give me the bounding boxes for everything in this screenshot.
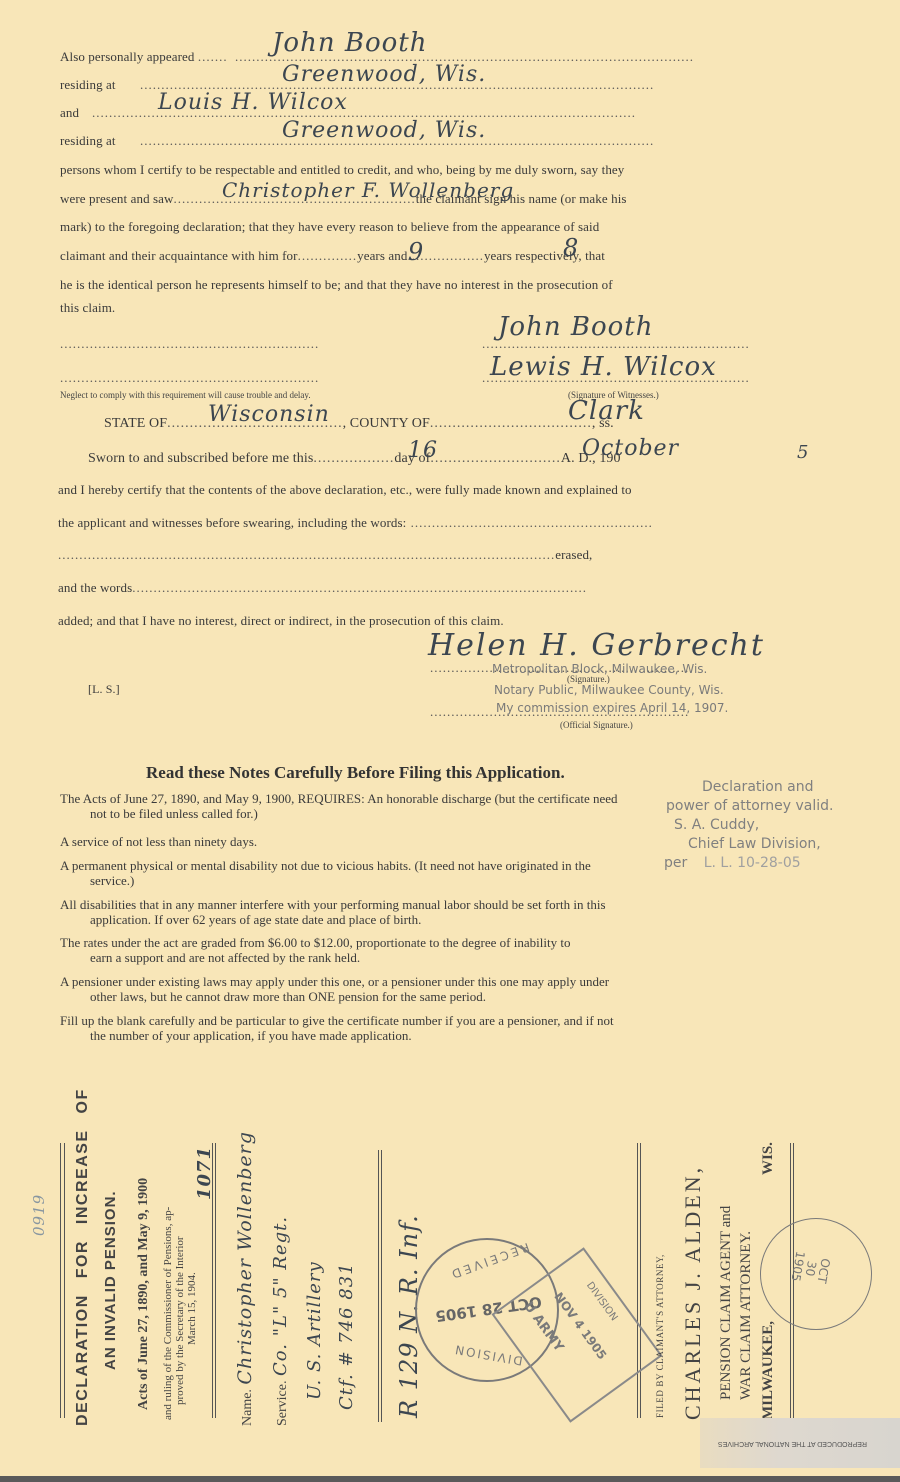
note-cont: earn a support and are not affected by t…: [60, 950, 802, 965]
note-item: All disabilities that in any manner inte…: [60, 897, 802, 927]
stamp-per: per: [664, 855, 687, 871]
residing-line-1: residing at: [60, 77, 116, 93]
mark-line: mark) to the foregoing declaration; that…: [60, 219, 599, 235]
archive-note: REPRODUCED AT THE NATIONAL ARCHIVES: [718, 1440, 867, 1447]
county-value[interactable]: Clark: [568, 396, 645, 426]
county-label: , COUNTY OF: [343, 416, 430, 431]
residing-label: residing at: [60, 77, 116, 92]
acquaintance-line: claimant and their acquaintance with him…: [60, 248, 605, 264]
panel-rule-right-1: [637, 1143, 638, 1418]
state-value[interactable]: Wisconsin: [208, 402, 330, 427]
note-item: Fill up the blank carefully and be parti…: [60, 1013, 802, 1043]
month-value[interactable]: October: [582, 436, 679, 461]
panel-title-1: DECLARATION FOR INCREASE OF: [74, 1088, 92, 1426]
this-claim-line: this claim.: [60, 300, 115, 316]
appeared-label: Also personally appeared: [60, 49, 195, 64]
service-line[interactable]: Service. Co. "L" 5" Regt.: [270, 1216, 291, 1426]
blank-sig-line-2[interactable]: ........................................…: [60, 370, 319, 386]
attorney-state: WIS.: [760, 1142, 777, 1175]
residing-label: residing at: [60, 133, 116, 148]
name-line[interactable]: Name. Christopher Wollenberg: [234, 1131, 256, 1426]
notes-title: Read these Notes Carefully Before Filing…: [146, 763, 565, 783]
official-signature-caption: (Official Signature.): [560, 720, 633, 730]
name-label: Name: [240, 1393, 255, 1426]
certify-line-2: the applicant and witnesses before swear…: [58, 515, 653, 531]
years-and-label: years and: [357, 248, 407, 263]
notary-stamp-line3: My commission expires April 14, 1907.: [496, 701, 728, 715]
erased-line[interactable]: ........................................…: [58, 547, 592, 563]
rect-stamp-line3: DIVISION: [584, 1280, 619, 1323]
postmark: OCT 30 1905: [760, 1218, 872, 1330]
note-cont: application. If over 62 years of age sta…: [60, 912, 802, 927]
stamp-initials: L. L. 10-28-05: [692, 855, 801, 871]
note-text: Fill up the blank carefully and be parti…: [60, 1013, 614, 1028]
witness1-signature: John Booth: [498, 312, 653, 342]
note-text: A pensioner under existing laws may appl…: [60, 974, 609, 989]
panel-rule-left-2: [64, 1143, 65, 1418]
note-cont: other laws, but he cannot draw more than…: [60, 989, 802, 1004]
day-value[interactable]: 16: [408, 438, 438, 463]
present-saw-label: were present and saw: [60, 191, 174, 206]
witness1-name[interactable]: John Booth: [272, 28, 427, 58]
added-line: added; and that I have no interest, dire…: [58, 613, 504, 629]
sworn-label: Sworn to and subscribed before me this: [88, 451, 313, 466]
panel-rule-left-1: [60, 1143, 61, 1418]
state-county-line: STATE OF................................…: [104, 416, 614, 432]
service-label: Service: [275, 1384, 290, 1426]
notary-stamp-line2: Notary Public, Milwaukee County, Wis.: [494, 683, 724, 697]
witness2-residence[interactable]: Greenwood, Wis.: [282, 118, 486, 143]
witness2-signature: Lewis H. Wilcox: [490, 352, 717, 382]
witness2-name[interactable]: Louis H. Wilcox: [158, 90, 348, 115]
certify-line-2-text: the applicant and witnesses before swear…: [58, 515, 406, 530]
stamp-line: power of attorney valid.: [664, 797, 834, 816]
received-stamp-bottom: DIVISION: [452, 1342, 523, 1368]
archive-band: REPRODUCED AT THE NATIONAL ARCHIVES: [700, 1418, 900, 1468]
stamp-line: Declaration and: [664, 778, 834, 797]
appeared-line: Also personally appeared .......: [60, 49, 228, 65]
stamp-line: S. A. Cuddy,: [664, 816, 834, 835]
years-resp-label: years respectively, that: [484, 248, 605, 263]
panel-rule-right-2: [640, 1143, 641, 1418]
and-line: and: [60, 105, 79, 121]
and-words-line[interactable]: and the words...........................…: [58, 580, 587, 596]
neglect-note: Neglect to comply with this requirement …: [60, 390, 311, 400]
and-words-label: and the words: [58, 580, 132, 595]
attorney-city: MILWAUKEE,: [760, 1321, 777, 1420]
postmark-text: OCT 30 1905: [788, 1250, 832, 1287]
panel-rule-mid-2: [215, 1143, 216, 1418]
file-number: 0919: [30, 1194, 48, 1236]
filed-by: FILED BY CLAIMANT'S ATTORNEY,: [655, 1254, 665, 1418]
attorney-name: CHARLES J. ALDEN,: [680, 1165, 706, 1420]
notary-signature: Helen H. Gerbrecht: [428, 628, 765, 663]
erased-label: erased,: [555, 547, 592, 562]
service-line-2[interactable]: U. S. Artillery: [304, 1261, 325, 1400]
note-item: A pensioner under existing laws may appl…: [60, 974, 802, 1004]
years1-value[interactable]: 9: [408, 238, 424, 266]
panel-title-2: AN INVALID PENSION.: [102, 1190, 119, 1370]
certify-line: persons whom I certify to be respectable…: [60, 162, 624, 178]
certify-line-1: and I hereby certify that the contents o…: [58, 482, 632, 498]
note-text: The Acts of June 27, 1890, and May 9, 19…: [60, 791, 618, 806]
witness1-residence[interactable]: Greenwood, Wis.: [282, 62, 486, 87]
name-value[interactable]: Christopher Wollenberg: [234, 1131, 256, 1385]
panel-ruling-1: and ruling of the Commissioner of Pensio…: [162, 1207, 174, 1420]
bottom-edge: [0, 1476, 900, 1482]
received-stamp-top: RECEIVED: [447, 1240, 531, 1282]
attorney-title-2: WAR CLAIM ATTORNEY.: [738, 1231, 755, 1400]
panel-ruling-3: March 15, 1904.: [186, 1272, 198, 1345]
stamp-line: per L. L. 10-28-05: [664, 854, 834, 873]
validation-stamp: Declaration and power of attorney valid.…: [664, 778, 834, 873]
seal: [L. S.]: [88, 682, 120, 697]
note-text: The rates under the act are graded from …: [60, 935, 570, 950]
blank-sig-line-1[interactable]: ........................................…: [60, 336, 319, 352]
note-cont: the number of your application, if you h…: [60, 1028, 802, 1043]
note-text: A service of not less than ninety days.: [60, 834, 257, 849]
state-label: STATE OF: [104, 416, 167, 431]
panel-acts: Acts of June 27, 1890, and May 9, 1900: [136, 1178, 152, 1410]
attorney-title-1: PENSION CLAIM AGENT and: [718, 1206, 735, 1400]
note-text: A permanent physical or mental disabilit…: [60, 858, 591, 873]
sworn-line: Sworn to and subscribed before me this..…: [88, 451, 621, 467]
identical-line: he is the identical person he represents…: [60, 277, 613, 293]
panel-ruling-2: proved by the Secretary of the Interior: [174, 1236, 186, 1405]
note-text: All disabilities that in any manner inte…: [60, 897, 606, 912]
panel-rule-mid-3: [378, 1150, 379, 1422]
claimant-name[interactable]: Christopher F. Wollenberg: [222, 178, 514, 202]
note-cont: service.): [60, 873, 802, 888]
and-label: and: [60, 105, 79, 120]
panel-rule-mid-4: [381, 1150, 382, 1422]
acquaintance-label: claimant and their acquaintance with him…: [60, 248, 298, 263]
stamp-line: Chief Law Division,: [664, 835, 834, 854]
service-value[interactable]: Co. "L" 5" Regt.: [270, 1216, 291, 1376]
residing-line-2: residing at: [60, 133, 116, 149]
years2-value[interactable]: 8: [563, 234, 579, 262]
year-digit[interactable]: 5: [797, 442, 809, 463]
note-item: The rates under the act are graded from …: [60, 935, 802, 965]
certificate-line[interactable]: Ctf. # 746 831: [336, 1262, 357, 1410]
handwritten-number: 1071: [194, 1146, 215, 1200]
